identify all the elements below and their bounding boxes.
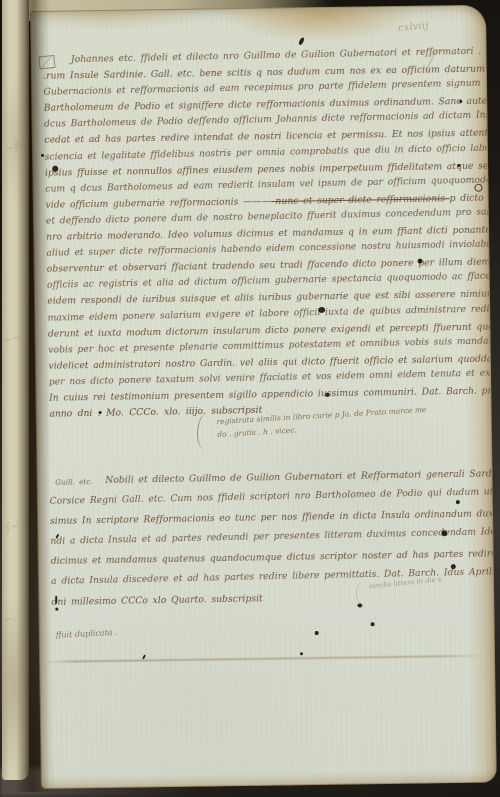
- ink-blot: [41, 154, 44, 157]
- duplication-note: ffuit duplicata .: [56, 628, 118, 640]
- margin-label: Guill. etc.: [55, 477, 93, 487]
- ghost-writing: ~.: [3, 611, 18, 627]
- ink-blot: [371, 622, 375, 626]
- ink-blot: [55, 608, 58, 611]
- ink-blot: [459, 100, 462, 103]
- ink-blot: [99, 411, 102, 414]
- ink-blot: [417, 259, 422, 264]
- ink-blot: [52, 166, 58, 172]
- manuscript-photo: ~ſ~ ~~ ſ~ ~. cxlviij ſ Johannes etc. ffi…: [0, 0, 500, 797]
- ink-ring: [474, 184, 482, 192]
- ink-blot: [456, 500, 460, 504]
- ghost-writing: ~~: [2, 330, 23, 347]
- ink-blot: [457, 164, 460, 167]
- manuscript-page: cxlviij ſ Johannes etc. ffideli et dilec…: [30, 5, 497, 789]
- letter-two: Guill. etc.Nobili et dilecto Guillmo de …: [49, 468, 490, 617]
- folio-number: cxlviij: [398, 21, 430, 34]
- crease-line: [44, 655, 486, 663]
- struck-line-post: p dicto: [450, 192, 484, 204]
- ink-blot: [325, 393, 329, 397]
- ink-blot: [441, 530, 447, 536]
- letter-one: Johannes etc. ffideli et dilecto nro Gui…: [43, 47, 486, 425]
- strikethrough-segment: nunc et super dicte refformacionis: [271, 193, 450, 207]
- manuscript-line-text: Nobili et dilecto Guillmo de Guilion Gub…: [105, 468, 497, 486]
- ghost-writing: ſ~: [5, 519, 21, 535]
- facing-page-edge: ~ſ~ ~~ ſ~ ~.: [2, 0, 29, 780]
- ink-blot: [318, 307, 325, 313]
- ink-stroke: [55, 596, 57, 604]
- bracket-curve: [196, 413, 215, 450]
- ghost-writing: ~ſ~: [4, 137, 29, 155]
- ink-blot: [315, 631, 319, 635]
- ink-blot: [298, 37, 305, 46]
- ink-blot: [300, 652, 303, 655]
- ink-blot: [357, 603, 362, 607]
- ink-blot: [451, 564, 456, 569]
